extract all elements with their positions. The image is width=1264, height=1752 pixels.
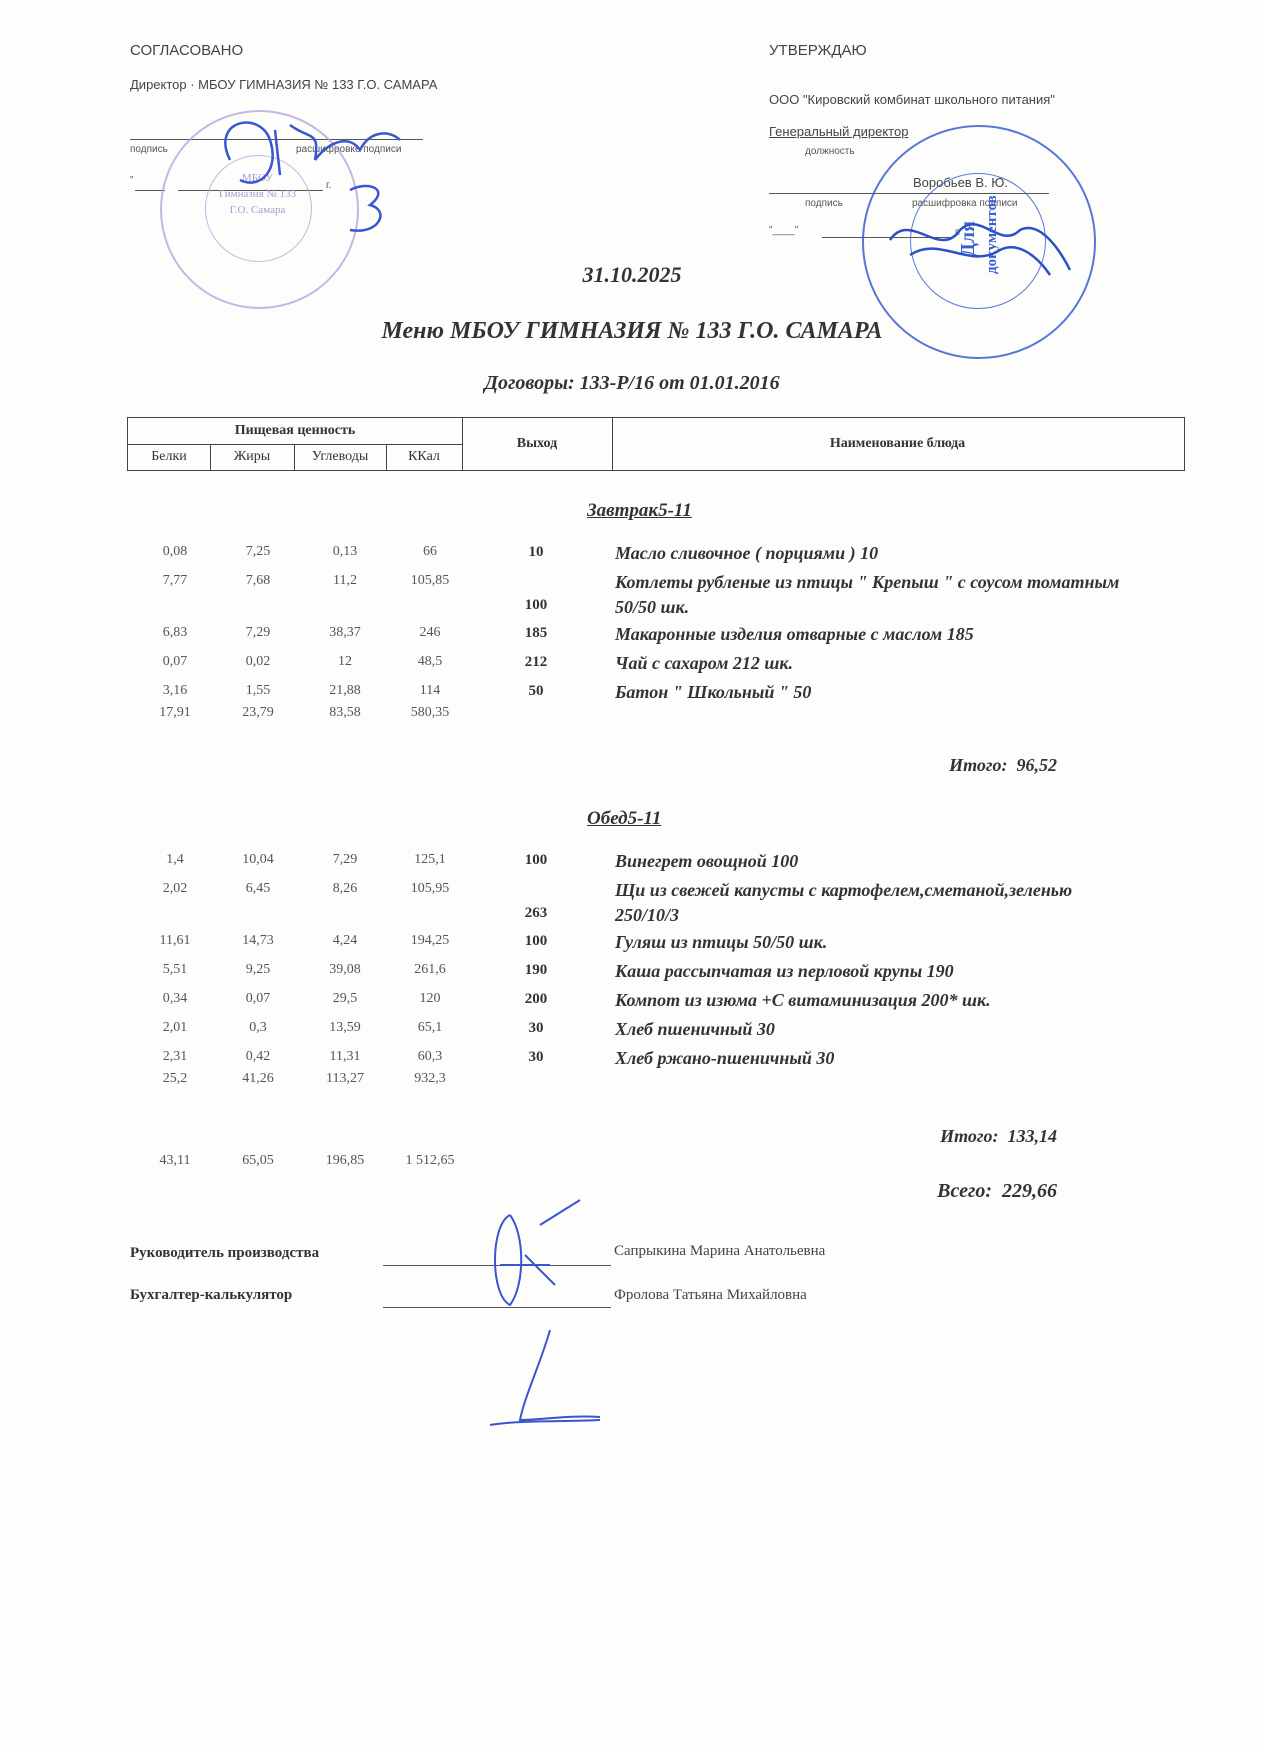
cell-protein: 3,16 xyxy=(135,683,215,699)
cell-protein: 11,61 xyxy=(135,933,215,949)
header-protein: Белки xyxy=(128,444,210,470)
approval-right-heading: УТВЕРЖДАЮ xyxy=(769,42,867,59)
cell-fat: 10,04 xyxy=(218,852,298,868)
cell-carbs: 38,37 xyxy=(305,625,385,641)
signature-production-icon xyxy=(480,1195,600,1320)
cell-dish: Чай с сахаром 212 шк. xyxy=(615,651,1135,676)
cell-protein: 0,34 xyxy=(135,991,215,1007)
cell-output: 30 xyxy=(496,1049,576,1066)
cell-kcal: 125,1 xyxy=(380,852,480,868)
sum-fat: 41,26 xyxy=(218,1071,298,1087)
cell-output: 200 xyxy=(496,991,576,1008)
section-total: Итого: 96,52 xyxy=(949,755,1057,776)
cell-kcal: 120 xyxy=(380,991,480,1007)
cell-protein: 0,08 xyxy=(135,544,215,560)
cell-protein: 5,51 xyxy=(135,962,215,978)
approval-left-position: Директор · МБОУ ГИМНАЗИЯ № 133 Г.О. САМА… xyxy=(130,77,437,92)
cell-kcal: 48,5 xyxy=(380,654,480,670)
cell-kcal: 246 xyxy=(380,625,480,641)
cell-dish: Макаронные изделия отварные с маслом 185 xyxy=(615,622,1135,647)
cell-dish: Батон " Школьный " 50 xyxy=(615,680,1135,705)
sum-protein: 17,91 xyxy=(135,705,215,721)
position-label-right: должность xyxy=(805,146,855,157)
cell-fat: 0,42 xyxy=(218,1049,298,1065)
section-heading: Обед5-11 xyxy=(587,808,661,830)
cell-protein: 1,4 xyxy=(135,852,215,868)
cell-carbs: 7,29 xyxy=(305,852,385,868)
cell-kcal: 65,1 xyxy=(380,1020,480,1036)
cell-fat: 1,55 xyxy=(218,683,298,699)
approval-left-heading: СОГЛАСОВАНО xyxy=(130,42,243,59)
signature-accountant-icon xyxy=(480,1325,610,1435)
cell-carbs: 0,13 xyxy=(305,544,385,560)
cell-output: 100 xyxy=(496,852,576,869)
cell-carbs: 11,2 xyxy=(305,573,385,589)
cell-fat: 7,25 xyxy=(218,544,298,560)
header-dish: Наименование блюда xyxy=(612,418,1183,470)
name-accountant: Фролова Татьяна Михайловна xyxy=(614,1287,807,1304)
section-total: Итого: 133,14 xyxy=(940,1126,1057,1147)
header-kcal: ККал xyxy=(386,444,462,470)
cell-dish: Щи из свежей капусты с картофелем,сметан… xyxy=(615,878,1135,928)
cell-fat: 7,68 xyxy=(218,573,298,589)
sum-protein: 25,2 xyxy=(135,1071,215,1087)
grand-kcal: 1 512,65 xyxy=(380,1153,480,1169)
cell-fat: 9,25 xyxy=(218,962,298,978)
header-output: Выход xyxy=(462,418,612,470)
cell-carbs: 12 xyxy=(305,654,385,670)
cell-protein: 6,83 xyxy=(135,625,215,641)
approval-right-position: Генеральный директор xyxy=(769,124,908,139)
cell-carbs: 13,59 xyxy=(305,1020,385,1036)
cell-protein: 2,31 xyxy=(135,1049,215,1065)
cell-kcal: 194,25 xyxy=(380,933,480,949)
cell-fat: 0,07 xyxy=(218,991,298,1007)
sum-fat: 23,79 xyxy=(218,705,298,721)
sign-line-accountant xyxy=(383,1307,611,1308)
cell-output: 30 xyxy=(496,1020,576,1037)
sum-kcal: 932,3 xyxy=(380,1071,480,1087)
sum-kcal: 580,35 xyxy=(380,705,480,721)
cell-carbs: 4,24 xyxy=(305,933,385,949)
cell-output: 212 xyxy=(496,654,576,671)
cell-output: 263 xyxy=(496,905,576,922)
role-production-head: Руководитель производства xyxy=(130,1245,319,1262)
cell-output: 190 xyxy=(496,962,576,979)
cell-kcal: 105,85 xyxy=(380,573,480,589)
cell-carbs: 8,26 xyxy=(305,881,385,897)
menu-table-header: Пищевая ценность Белки Жиры Углеводы ККа… xyxy=(127,417,1185,471)
role-accountant: Бухгалтер-калькулятор xyxy=(130,1287,292,1304)
cell-dish: Гуляш из птицы 50/50 шк. xyxy=(615,930,1135,955)
menu-title: Меню МБОУ ГИМНАЗИЯ № 133 Г.О. САМАРА xyxy=(0,318,1264,345)
cell-dish: Масло сливочное ( порциями ) 10 xyxy=(615,541,1135,566)
cell-carbs: 11,31 xyxy=(305,1049,385,1065)
sign-label-right: подпись xyxy=(805,198,843,209)
cell-dish: Винегрет овощной 100 xyxy=(615,849,1135,874)
contract-line: Договоры: 133-Р/16 от 01.01.2016 xyxy=(0,372,1264,395)
cell-dish: Хлеб пшеничный 30 xyxy=(615,1017,1135,1042)
cell-fat: 0,02 xyxy=(218,654,298,670)
cell-carbs: 39,08 xyxy=(305,962,385,978)
cell-output: 50 xyxy=(496,683,576,700)
header-fat: Жиры xyxy=(210,444,294,470)
cell-output: 100 xyxy=(496,933,576,950)
cell-kcal: 114 xyxy=(380,683,480,699)
approval-right-org: ООО "Кировский комбинат школьного питани… xyxy=(769,92,1055,107)
cell-dish: Компот из изюма +С витаминизация 200* шк… xyxy=(615,988,1135,1013)
cell-output: 100 xyxy=(496,597,576,614)
grand-protein: 43,11 xyxy=(135,1153,215,1169)
date-day-line-left xyxy=(135,190,165,191)
cell-carbs: 29,5 xyxy=(305,991,385,1007)
cell-fat: 14,73 xyxy=(218,933,298,949)
cell-kcal: 66 xyxy=(380,544,480,560)
cell-dish: Хлеб ржано-пшеничный 30 xyxy=(615,1046,1135,1071)
cell-protein: 7,77 xyxy=(135,573,215,589)
cell-output: 185 xyxy=(496,625,576,642)
menu-date: 31.10.2025 xyxy=(0,262,1264,288)
cell-carbs: 21,88 xyxy=(305,683,385,699)
grand-fat: 65,05 xyxy=(218,1153,298,1169)
grand-total: Всего: 229,66 xyxy=(937,1180,1057,1203)
cell-fat: 6,45 xyxy=(218,881,298,897)
date-placeholder-right: "____" xyxy=(769,225,798,236)
cell-dish: Котлеты рубленые из птицы " Крепыш " с с… xyxy=(615,570,1135,620)
cell-output: 10 xyxy=(496,544,576,561)
date-prefix-left: " xyxy=(130,175,134,186)
name-production-head: Сапрыкина Марина Анатольевна xyxy=(614,1243,825,1260)
sum-carbs: 83,58 xyxy=(305,705,385,721)
header-carbs: Углеводы xyxy=(294,444,386,470)
sign-line-production xyxy=(383,1265,611,1266)
grand-carbs: 196,85 xyxy=(305,1153,385,1169)
section-heading: Завтрак5-11 xyxy=(587,500,692,522)
cell-protein: 2,01 xyxy=(135,1020,215,1036)
sign-label-left: подпись xyxy=(130,144,168,155)
cell-kcal: 60,3 xyxy=(380,1049,480,1065)
cell-protein: 0,07 xyxy=(135,654,215,670)
stamp-left-text: МБОУ Гимназия № 133 Г.О. Самара xyxy=(205,170,310,218)
cell-kcal: 105,95 xyxy=(380,881,480,897)
cell-fat: 7,29 xyxy=(218,625,298,641)
sum-carbs: 113,27 xyxy=(305,1071,385,1087)
cell-protein: 2,02 xyxy=(135,881,215,897)
cell-fat: 0,3 xyxy=(218,1020,298,1036)
cell-kcal: 261,6 xyxy=(380,962,480,978)
header-nutrition: Пищевая ценность xyxy=(128,418,462,444)
cell-dish: Каша рассыпчатая из перловой крупы 190 xyxy=(615,959,1135,984)
